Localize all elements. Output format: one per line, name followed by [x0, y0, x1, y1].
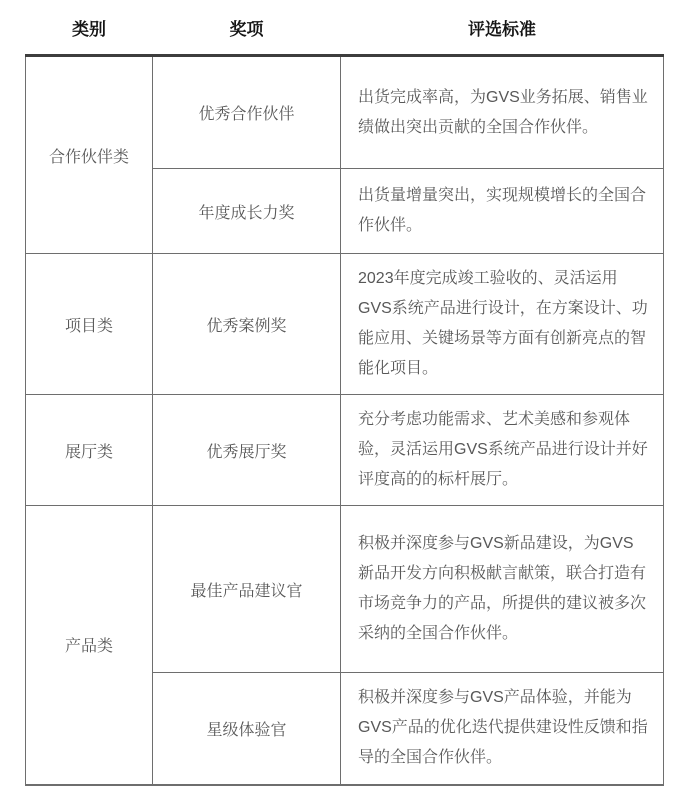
criteria-cell: 充分考虑功能需求、艺术美感和参观体验，灵活运用GVS系统产品进行设计并好评度高的…	[341, 395, 664, 506]
table-header-row: 类别 奖项 评选标准	[26, 0, 664, 56]
awards-table: 类别 奖项 评选标准 合作伙伴类 优秀合作伙伴 出货完成率高，为GVS业务拓展、…	[25, 0, 664, 786]
criteria-cell: 积极并深度参与GVS产品体验，并能为GVS产品的优化迭代提供建设性反馈和指导的全…	[341, 673, 664, 785]
category-cell-showroom: 展厅类	[26, 395, 153, 506]
award-cell: 最佳产品建议官	[153, 506, 341, 673]
criteria-cell: 出货量增量突出，实现规模增长的全国合作伙伴。	[341, 169, 664, 254]
table-row: 展厅类 优秀展厅奖 充分考虑功能需求、艺术美感和参观体验，灵活运用GVS系统产品…	[26, 395, 664, 506]
header-award: 奖项	[153, 0, 341, 56]
category-cell-product: 产品类	[26, 506, 153, 785]
criteria-cell: 积极并深度参与GVS新品建设，为GVS新品开发方向积极献言献策，联合打造有市场竞…	[341, 506, 664, 673]
header-category: 类别	[26, 0, 153, 56]
header-criteria: 评选标准	[341, 0, 664, 56]
table-row: 产品类 最佳产品建议官 积极并深度参与GVS新品建设，为GVS新品开发方向积极献…	[26, 506, 664, 673]
category-cell-partner: 合作伙伴类	[26, 56, 153, 254]
criteria-cell: 出货完成率高，为GVS业务拓展、销售业绩做出突出贡献的全国合作伙伴。	[341, 56, 664, 169]
award-cell: 优秀展厅奖	[153, 395, 341, 506]
category-cell-project: 项目类	[26, 254, 153, 395]
award-cell: 年度成长力奖	[153, 169, 341, 254]
criteria-cell: 2023年度完成竣工验收的、灵活运用GVS系统产品进行设计，在方案设计、功能应用…	[341, 254, 664, 395]
table-row: 合作伙伴类 优秀合作伙伴 出货完成率高，为GVS业务拓展、销售业绩做出突出贡献的…	[26, 56, 664, 169]
award-cell: 星级体验官	[153, 673, 341, 785]
award-cell: 优秀案例奖	[153, 254, 341, 395]
awards-table-page: 类别 奖项 评选标准 合作伙伴类 优秀合作伙伴 出货完成率高，为GVS业务拓展、…	[0, 0, 684, 806]
award-cell: 优秀合作伙伴	[153, 56, 341, 169]
table-row: 项目类 优秀案例奖 2023年度完成竣工验收的、灵活运用GVS系统产品进行设计，…	[26, 254, 664, 395]
